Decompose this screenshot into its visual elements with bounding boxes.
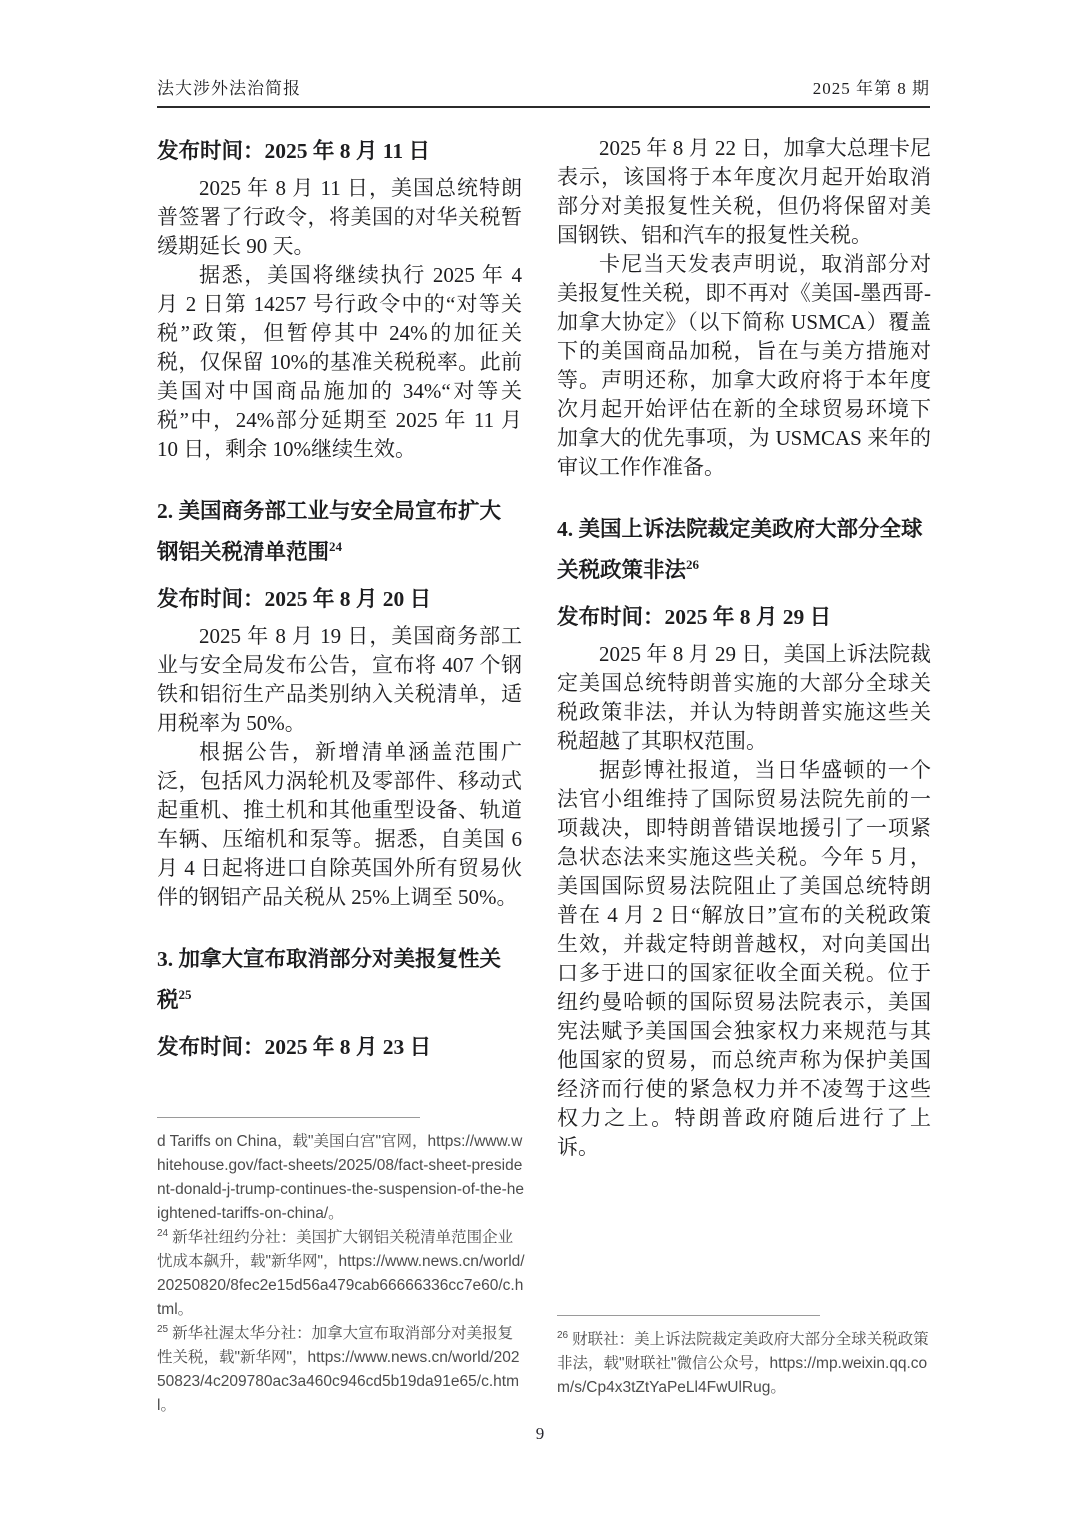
body-paragraph: 据悉，美国将继续执行 2025 年 4 月 2 日第 14257 号行政令中的“… [157, 261, 522, 464]
section-heading-text: 2. 美国商务部工业与安全局宣布扩大钢铝关税清单范围 [157, 499, 501, 564]
footnote-marker-26: 26 [557, 1330, 568, 1341]
section-heading-text: 3. 加拿大宣布取消部分对美报复性关税 [157, 947, 501, 1012]
document-page: 法大涉外法治简报 2025 年第 8 期 发布时间：2025 年 8 月 11 … [0, 0, 1080, 1527]
left-column: 发布时间：2025 年 8 月 11 日 2025 年 8 月 11 日，美国总… [157, 134, 522, 1070]
footnotes-right-column: 26财联社：美上诉法院裁定美政府大部分全球关税政策非法，载"财联社"微信公众号，… [557, 1315, 931, 1400]
footnote-25: 25新华社渥太华分社：加拿大宣布取消部分对美报复性关税，载"新华网"，https… [157, 1322, 525, 1418]
footnotes-left-column: d Tariffs on China，载"美国白宫"官网，https://www… [157, 1117, 525, 1418]
section-heading-3: 3. 加拿大宣布取消部分对美报复性关税25 [157, 939, 522, 1021]
footnote-continuation: d Tariffs on China，载"美国白宫"官网，https://www… [157, 1130, 525, 1226]
footnote-26: 26财联社：美上诉法院裁定美政府大部分全球关税政策非法，载"财联社"微信公众号，… [557, 1328, 931, 1400]
body-paragraph: 2025 年 8 月 29 日，美国上诉法院裁定美国总统特朗普实施的大部分全球关… [557, 640, 931, 756]
footnote-separator-rule [157, 1117, 420, 1118]
release-date-label-3: 发布时间：2025 年 8 月 23 日 [157, 1032, 522, 1063]
section-heading-2: 2. 美国商务部工业与安全局宣布扩大钢铝关税清单范围24 [157, 491, 522, 573]
page-footer: 9 [0, 1424, 1080, 1444]
footnote-ref-24: 24 [329, 539, 342, 554]
right-column: 2025 年 8 月 22 日，加拿大总理卡尼表示，该国将于本年度次月起开始取消… [557, 134, 931, 1162]
footnote-text: 财联社：美上诉法院裁定美政府大部分全球关税政策非法，载"财联社"微信公众号，ht… [557, 1331, 929, 1396]
page-header: 法大涉外法治简报 2025 年第 8 期 [157, 74, 930, 108]
footnote-marker-25: 25 [157, 1324, 168, 1335]
header-title: 法大涉外法治简报 [157, 74, 301, 99]
body-paragraph: 根据公告，新增清单涵盖范围广泛，包括风力涡轮机及零部件、移动式起重机、推土机和其… [157, 738, 522, 912]
section-heading-text: 4. 美国上诉法院裁定美政府大部分全球关税政策非法 [557, 517, 923, 582]
body-paragraph: 2025 年 8 月 11 日，美国总统特朗普签署了行政令，将美国的对华关税暂缓… [157, 174, 522, 261]
footnote-marker-24: 24 [157, 1228, 168, 1239]
footnote-24: 24新华社纽约分社：美国扩大钢铝关税清单范围企业忧成本飙升，载"新华网"，htt… [157, 1226, 525, 1322]
body-paragraph: 2025 年 8 月 19 日，美国商务部工业与安全局发布公告，宣布将 407 … [157, 622, 522, 738]
footnote-text: 新华社渥太华分社：加拿大宣布取消部分对美报复性关税，载"新华网"，https:/… [157, 1325, 519, 1414]
section-heading-4: 4. 美国上诉法院裁定美政府大部分全球关税政策非法26 [557, 509, 931, 591]
body-paragraph: 卡尼当天发表声明说，取消部分对美报复性关税，即不再对《美国-墨西哥-加拿大协定》… [557, 250, 931, 482]
footnote-separator-rule [557, 1315, 820, 1316]
release-date-label-2: 发布时间：2025 年 8 月 20 日 [157, 584, 522, 615]
release-date-label-1: 发布时间：2025 年 8 月 11 日 [157, 136, 522, 167]
footnote-text: 新华社纽约分社：美国扩大钢铝关税清单范围企业忧成本飙升，载"新华网"，https… [157, 1229, 525, 1318]
footnote-ref-26: 26 [686, 557, 699, 572]
page-number: 9 [536, 1424, 545, 1443]
body-paragraph: 据彭博社报道，当日华盛顿的一个法官小组维持了国际贸易法院先前的一项裁决，即特朗普… [557, 756, 931, 1162]
release-date-label-4: 发布时间：2025 年 8 月 29 日 [557, 602, 931, 633]
footnote-ref-25: 25 [179, 987, 192, 1002]
body-paragraph: 2025 年 8 月 22 日，加拿大总理卡尼表示，该国将于本年度次月起开始取消… [557, 134, 931, 250]
header-issue: 2025 年第 8 期 [813, 74, 930, 99]
